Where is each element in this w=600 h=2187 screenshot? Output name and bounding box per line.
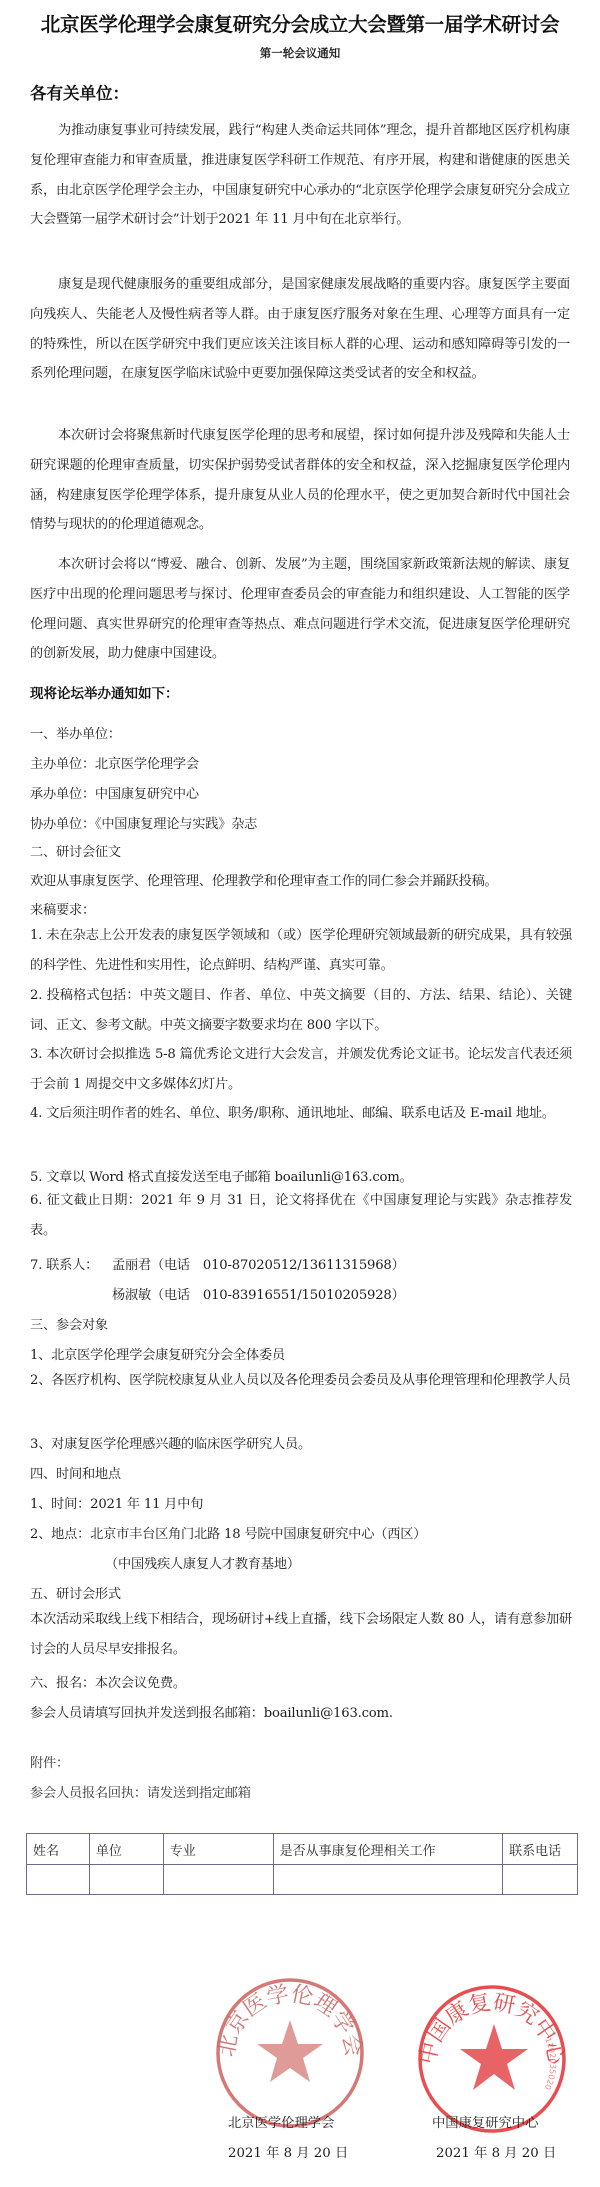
document-title: 北京医学伦理学会康复研究分会成立大会暨第一届学术研讨会 <box>0 9 600 37</box>
section-5-heading: 五、研讨会形式 <box>30 1583 575 1602</box>
signatory-2-date: 2021 年 8 月 20 日 <box>436 2142 556 2161</box>
registration-receipt-table: 姓名 单位 专业 是否从事康复伦理相关工作 联系电话 <box>26 1833 578 1895</box>
event-format-body: 本次活动采取线上线下相结合，现场研讨+线上直播，线下会场限定人数 80 人，请有… <box>30 1605 572 1665</box>
submission-requirements-label: 来稿要求： <box>30 899 575 918</box>
requirement-1: 1. 未在杂志上公开发表的康复医学领域和（或）医学伦理研究领域最新的研究成果，具… <box>30 921 572 981</box>
registration-instructions: 参会人员请填写回执并发送到报名邮箱：boailunli@163.com. <box>30 1702 575 1721</box>
notice-lead: 现将论坛举办通知如下： <box>30 682 179 702</box>
document-subtitle: 第一轮会议通知 <box>0 45 600 61</box>
contact-person-1: 孟丽君（电话 010-87020512/13611315968） <box>112 1254 600 1273</box>
col-header-unit: 单位 <box>89 1834 163 1865</box>
intro-paragraph-2: 康复是现代健康服务的重要组成部分，是国家健康发展战略的重要内容。康复医学主要面向… <box>30 270 570 389</box>
beijing-medical-ethics-society-seal-icon: 北京医学伦理学会 <box>215 1978 365 2128</box>
intro-paragraph-4: 本次研讨会将以“博爱、融合、创新、发展”为主题，围绕国家新政策新法规的解读、康复… <box>30 550 570 669</box>
table-header-row: 姓名 单位 专业 是否从事康复伦理相关工作 联系电话 <box>27 1834 578 1865</box>
receipt-instructions: 参会人员报名回执：请发送到指定邮箱 <box>30 1782 575 1801</box>
requirement-3: 3. 本次研讨会拟推选 5-8 篇优秀论文进行大会发言，并颁发优秀论文证书。论坛… <box>30 1040 572 1100</box>
section-3-heading: 三、参会对象 <box>30 1314 575 1333</box>
requirement-5: 5. 文章以 Word 格式直接发送至电子邮箱 boailunli@163.co… <box>30 1166 575 1185</box>
col-header-phone: 联系电话 <box>503 1834 578 1865</box>
col-header-name: 姓名 <box>27 1834 90 1865</box>
col-header-specialty: 专业 <box>163 1834 273 1865</box>
organizer-unit: 承办单位：中国康复研究中心 <box>30 783 575 802</box>
attendee-group-3: 3、对康复医学伦理感兴趣的临床医学研究人员。 <box>30 1433 575 1452</box>
cell-phone[interactable] <box>503 1865 578 1895</box>
attachment-label: 附件： <box>30 1752 575 1771</box>
signatory-2-name: 中国康复研究中心 <box>432 2112 538 2131</box>
cell-name[interactable] <box>27 1865 90 1895</box>
signatory-1-date: 2021 年 8 月 20 日 <box>228 2142 348 2161</box>
table-row <box>27 1865 578 1895</box>
contact-person-2: 杨淑敏（电话 010-83916551/15010205928） <box>112 1284 600 1303</box>
intro-paragraph-3: 本次研讨会将聚焦新时代康复医学伦理的思考和展望，探讨如何提升涉及残障和失能人士研… <box>30 421 570 540</box>
cell-rehab-ethics-work[interactable] <box>273 1865 503 1895</box>
call-for-papers-welcome: 欢迎从事康复医学、伦理管理、伦理教学和伦理审查工作的同仁参会并踊跃投稿。 <box>30 870 575 889</box>
section-1-heading: 一、举办单位： <box>30 723 575 742</box>
notice-document: 北京医学伦理学会康复研究分会成立大会暨第一届学术研讨会 第一轮会议通知 各有关单… <box>0 0 600 2187</box>
salutation: 各有关单位： <box>30 80 129 104</box>
event-time: 1、时间：2021 年 11 月中旬 <box>30 1493 575 1512</box>
event-place: 2、地点：北京市丰台区角门北路 18 号院中国康复研究中心（西区） <box>30 1523 575 1542</box>
co-organizer-unit: 协办单位：《中国康复理论与实践》杂志 <box>30 813 575 832</box>
attendee-group-2: 2、各医疗机构、医学院校康复从业人员以及各伦理委员会委员及从事伦理管理和伦理教学… <box>30 1366 572 1396</box>
requirement-6: 6. 征文截止日期：2021 年 9 月 31 日，论文将择优在《中国康复理论与… <box>30 1186 572 1246</box>
signatory-1-name: 北京医学伦理学会 <box>228 2112 334 2131</box>
section-4-heading: 四、时间和地点 <box>30 1463 575 1482</box>
intro-paragraph-1: 为推动康复事业可持续发展，践行“构建人类命运共同体”理念，提升首都地区医疗机构康… <box>30 116 570 235</box>
cell-specialty[interactable] <box>163 1865 273 1895</box>
section-2-heading: 二、研讨会征文 <box>30 841 575 860</box>
section-6-heading: 六、报名：本次会议免费。 <box>30 1672 575 1691</box>
requirement-4: 4. 文后须注明作者的姓名、单位、职务/职称、通讯地址、邮编、联系电话及 E-m… <box>30 1099 572 1129</box>
attendee-group-1: 1、北京医学伦理学会康复研究分会全体委员 <box>30 1344 575 1363</box>
cell-unit[interactable] <box>89 1865 163 1895</box>
col-header-rehab-ethics-work: 是否从事康复伦理相关工作 <box>273 1834 503 1865</box>
host-unit: 主办单位：北京医学伦理学会 <box>30 753 575 772</box>
requirement-2: 2. 投稿格式包括：中英文题目、作者、单位、中英文摘要（目的、方法、结果、结论）… <box>30 981 572 1041</box>
event-place-note: （中国残疾人康复人才教育基地） <box>105 1553 600 1572</box>
